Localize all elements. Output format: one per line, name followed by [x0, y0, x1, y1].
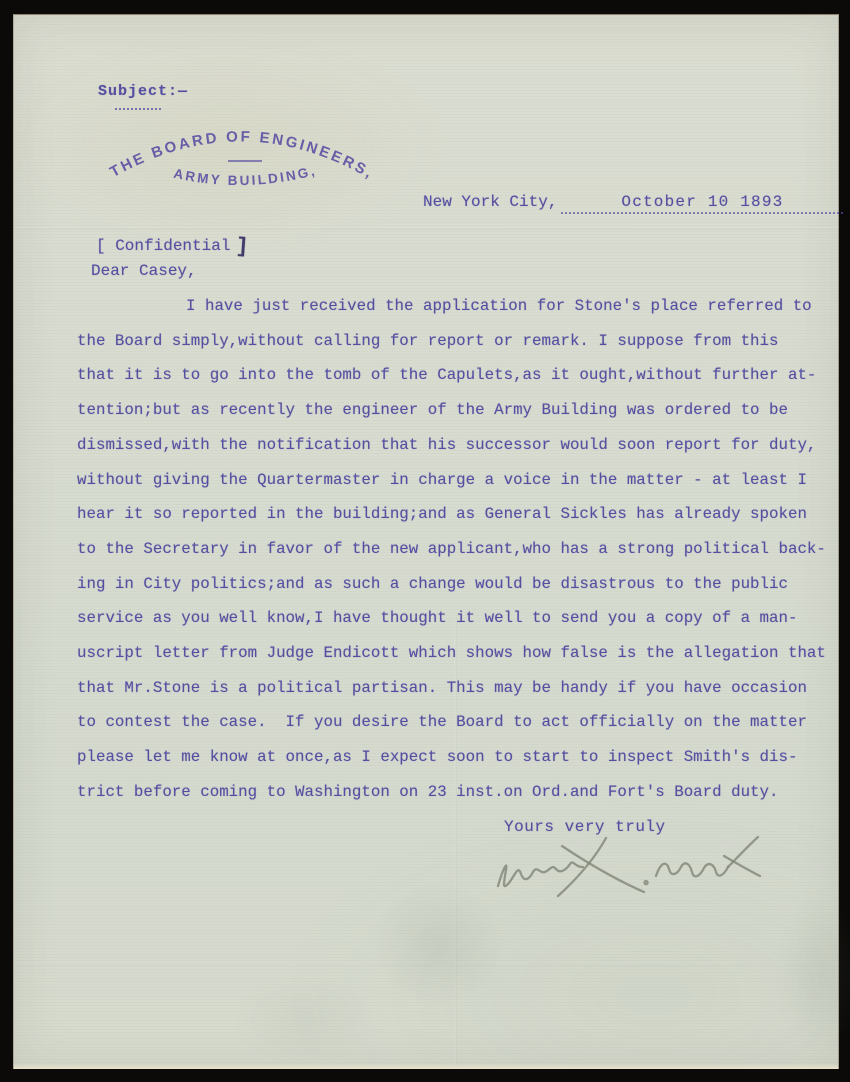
letter-line: to contest the case. If you desire the B… [77, 705, 850, 740]
confidential-close-bracket: ] [235, 236, 249, 260]
letter-line: please let me know at once,as I expect s… [77, 740, 850, 775]
letter-line: that it is to go into the tomb of the Ca… [77, 358, 850, 393]
ink-bleed-spot [774, 895, 850, 1055]
date-value: October 10 1893 [561, 193, 843, 214]
letter-line: service as you well know,I have thought … [77, 601, 850, 636]
letter-line: I have just received the application for… [77, 289, 850, 324]
subject-label: Subject:— [98, 83, 188, 100]
letter-line: trict before coming to Washington on 23 … [77, 775, 850, 810]
confidential-text: [ Confidential [96, 237, 230, 255]
org-location-arc: ARMY BUILDING, [172, 163, 318, 188]
fold-crease-horizontal-top [14, 227, 838, 230]
salutation: Dear Casey, [91, 262, 197, 280]
ink-bleed-spot [374, 885, 504, 1005]
letter-line: without giving the Quartermaster in char… [77, 463, 850, 498]
signature-stroke [728, 837, 758, 867]
letter-line: hear it so reported in the building;and … [77, 497, 850, 532]
dateline: New York City,October 10 1893 [423, 193, 843, 214]
letter-body: I have just received the application for… [77, 289, 850, 810]
confidential-note: [ Confidential] [96, 234, 249, 257]
letterhead-stamp: THE BOARD OF ENGINEERS, ARMY BUILDING, [92, 112, 392, 198]
letter-line: dismissed,with the notification that his… [77, 428, 850, 463]
place-line: New York City, [423, 193, 557, 211]
signature-stroke [562, 846, 644, 892]
letter-line: ing in City politics;and as such a chang… [77, 567, 850, 602]
letter-line: tention;but as recently the engineer of … [77, 393, 850, 428]
ink-bleed-spot [234, 975, 374, 1065]
signature-handwriting [486, 830, 796, 910]
letter-line: uscript letter from Judge Endicott which… [77, 636, 850, 671]
signature-stroke [498, 862, 583, 886]
letter-line: that Mr.Stone is a political partisan. T… [77, 671, 850, 706]
letter-paper: Subject:— THE BOARD OF ENGINEERS, ARMY B… [13, 14, 839, 1069]
subject-dotted-underline [115, 105, 161, 110]
scanned-letter-photo: { "colors": { "background": "#0b0a08", "… [0, 0, 850, 1082]
letter-line: to the Secretary in favor of the new app… [77, 532, 850, 567]
signature-stroke [656, 863, 728, 876]
letter-line: the Board simply,without calling for rep… [77, 324, 850, 359]
signature-stroke [644, 881, 647, 884]
